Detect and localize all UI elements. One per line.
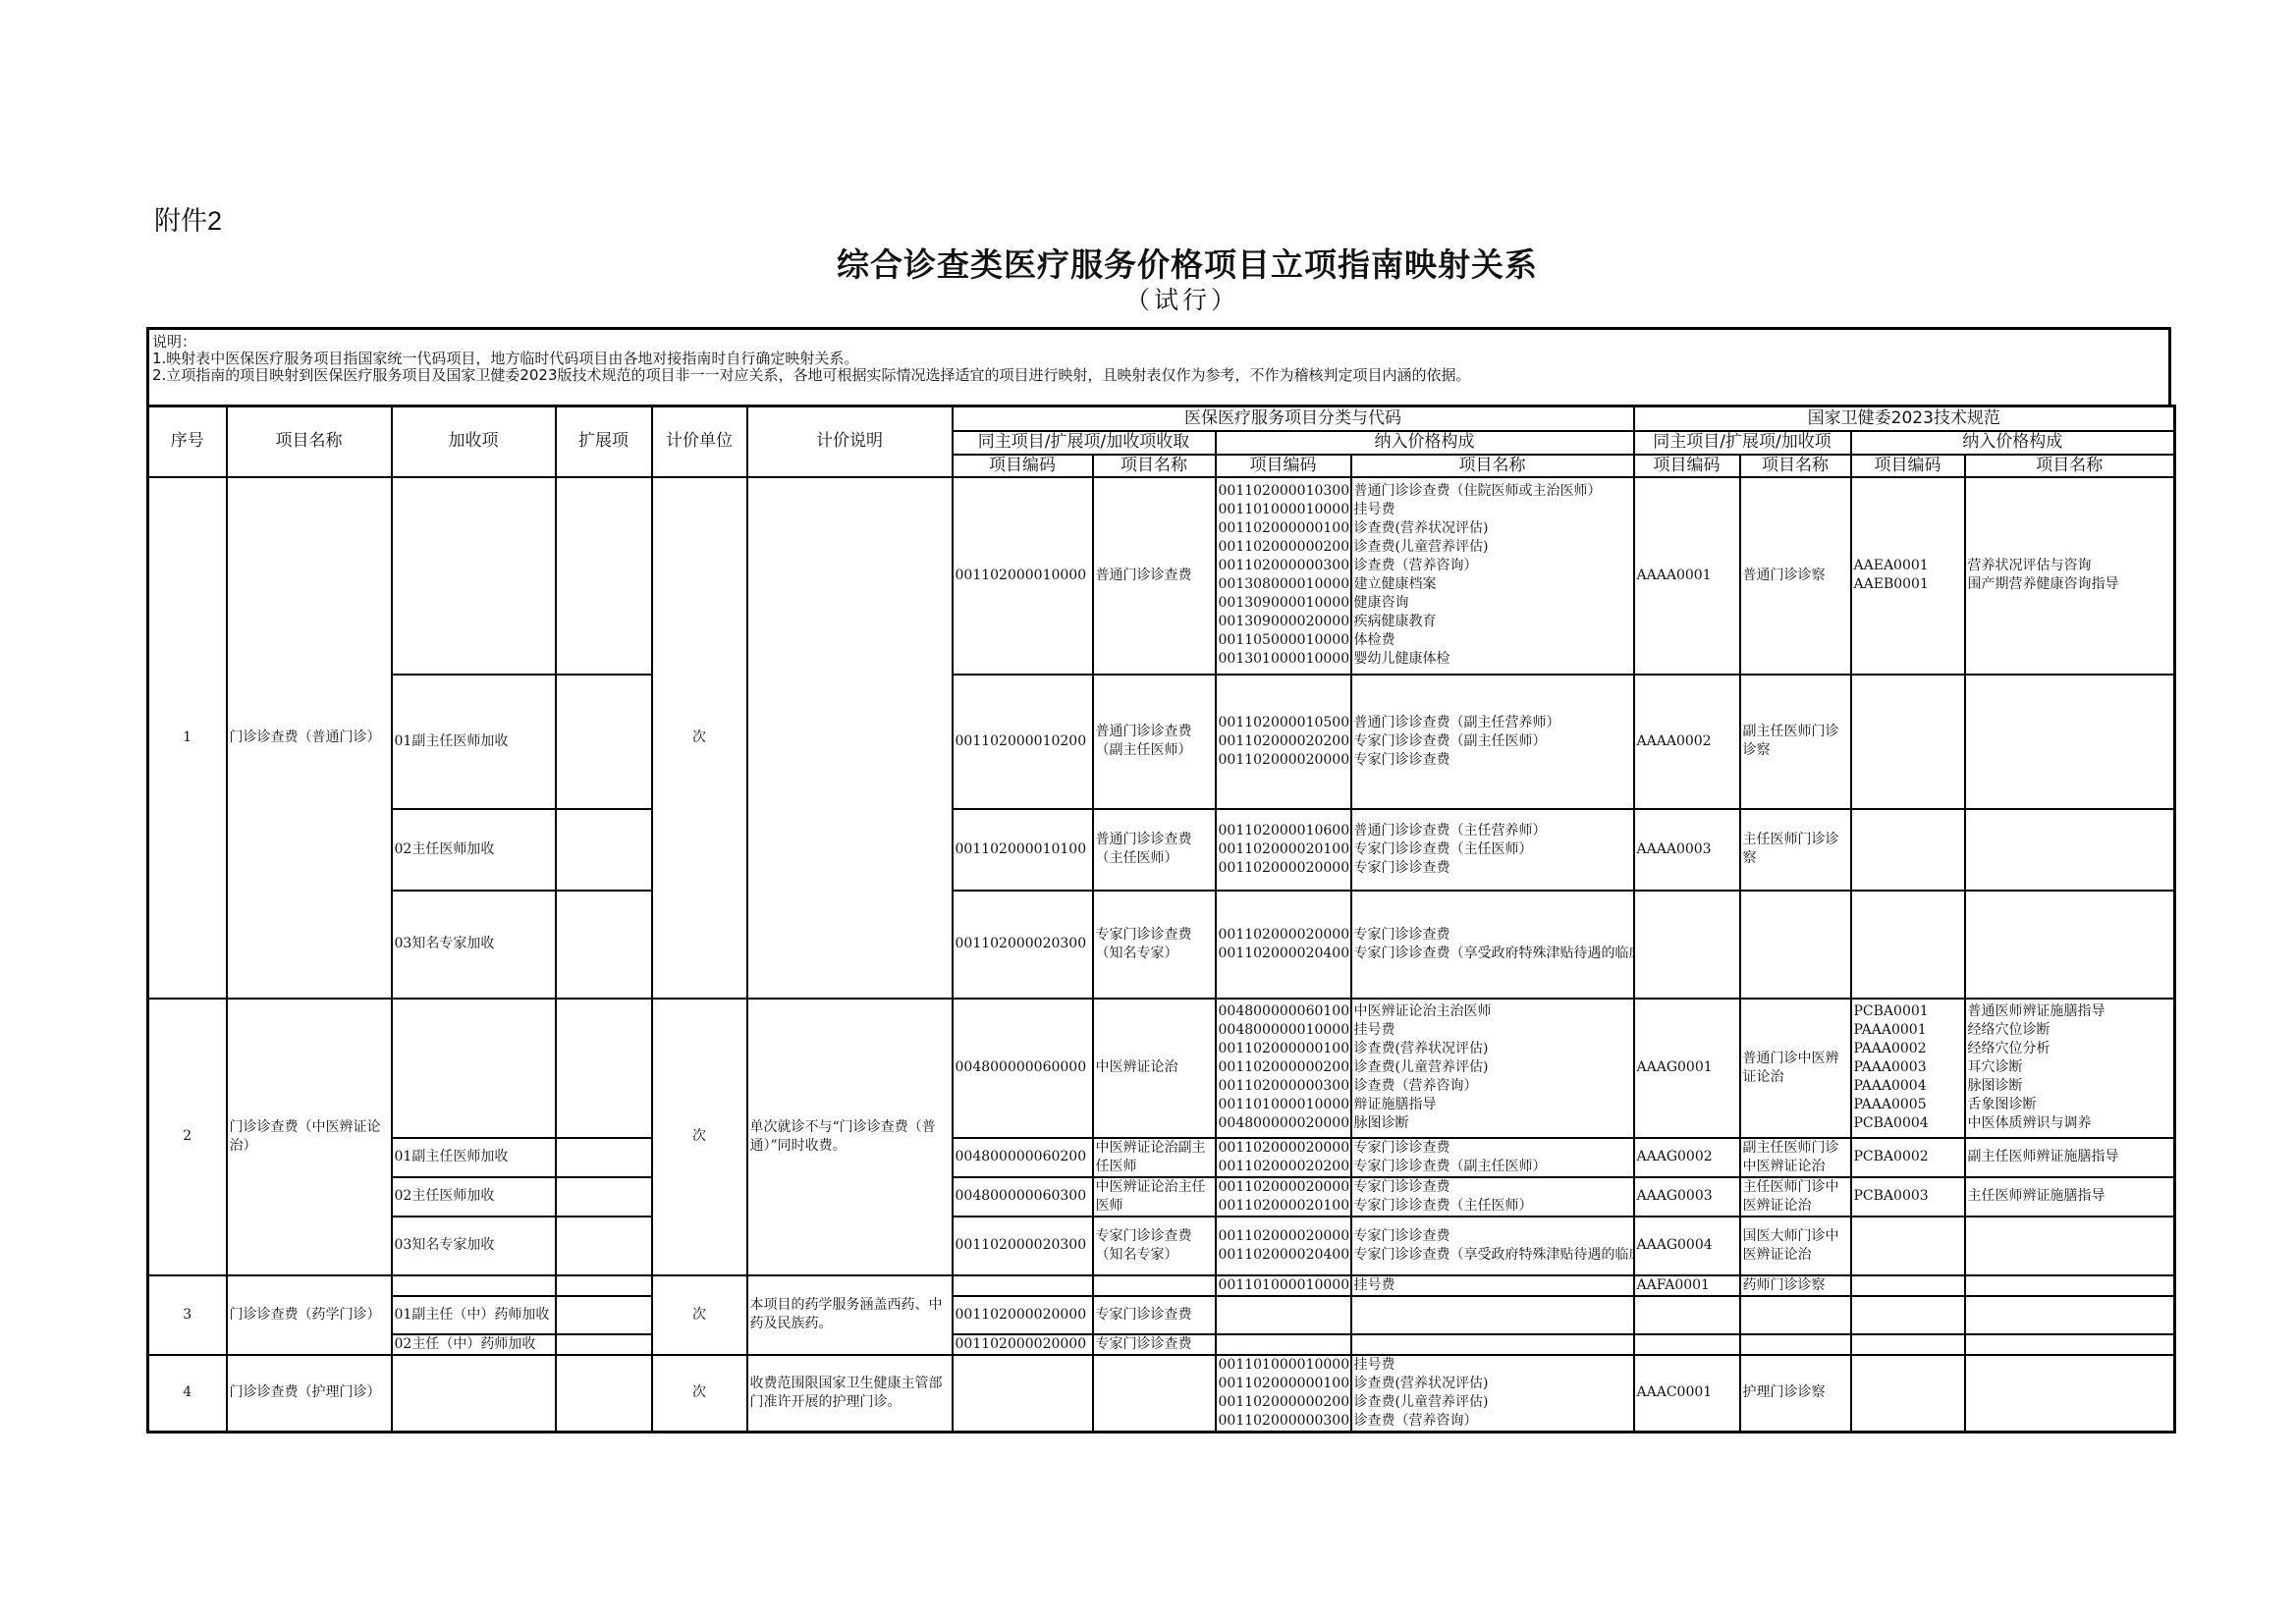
mi-included-names-cell: 专家门诊诊查费专家门诊诊查费（享受政府特殊津贴待遇的临床医学专家） — [1351, 891, 1634, 999]
table-row: 02主任医师加收004800000060300中医辨证论治主任医师0011020… — [148, 1177, 2175, 1217]
mi-included-names-cell: 中医辨证论治主治医师挂号费诊查费(营养状况评估)诊查费(儿童营养评估)诊查费（营… — [1351, 999, 1634, 1138]
header-mi-included-code: 项目编码 — [1216, 455, 1351, 477]
item-name-cell: 门诊诊查费（普通门诊） — [227, 477, 392, 999]
mi-name-cell: 普通门诊诊查费（主任医师） — [1093, 809, 1216, 891]
nhc-code-cell: AAFA0001 — [1634, 1275, 1740, 1296]
mi-name-cell: 中医辨证论治 — [1093, 999, 1216, 1138]
mi-name-cell: 专家门诊诊查费 — [1093, 1296, 1216, 1334]
mi-included-names-cell: 专家门诊诊查费专家门诊诊查费（副主任医师） — [1351, 1138, 1634, 1177]
pricing-note-cell: 本项目的药学服务涵盖西药、中药及民族药。 — [747, 1275, 953, 1355]
table-row: 03知名专家加收001102000020300专家门诊诊查费（知名专家）0011… — [148, 891, 2175, 999]
nhc-included-names-cell: 营养状况评估与咨询围产期营养健康咨询指导 — [1965, 477, 2175, 675]
mi-included-codes-cell: 0011020000105000011020000202000011020000… — [1216, 675, 1351, 809]
header-nhc-code: 项目编码 — [1634, 455, 1740, 477]
nhc-name-cell: 副主任医师门诊诊察 — [1740, 675, 1851, 809]
surcharge-cell — [392, 1275, 556, 1296]
extension-cell — [556, 1275, 652, 1296]
mi-name-cell — [1093, 1355, 1216, 1433]
mi-included-names-cell: 普通门诊诊查费（主任营养师）专家门诊诊查费（主任医师）专家门诊诊查费 — [1351, 809, 1634, 891]
mi-included-names-cell — [1351, 1334, 1634, 1355]
item-name-cell: 门诊诊查费（护理门诊） — [227, 1355, 392, 1433]
nhc-code-cell: AAAG0004 — [1634, 1217, 1740, 1275]
header-nhc-included-code: 项目编码 — [1851, 455, 1965, 477]
mi-included-codes-cell — [1216, 1296, 1351, 1334]
mi-code-cell: 001102000010000 — [953, 477, 1093, 675]
nhc-included-names-cell — [1965, 1355, 2175, 1433]
table-row: 02主任医师加收001102000010100普通门诊诊查费（主任医师）0011… — [148, 809, 2175, 891]
surcharge-cell — [392, 999, 556, 1138]
mi-included-names-cell: 专家门诊诊查费专家门诊诊查费（主任医师） — [1351, 1177, 1634, 1217]
mi-included-codes-cell: 001102000020000001102000020400 — [1216, 891, 1351, 999]
mi-name-cell: 普通门诊诊查费（副主任医师） — [1093, 675, 1216, 809]
nhc-name-cell: 主任医师门诊诊察 — [1740, 809, 1851, 891]
table-row: 1门诊诊查费（普通门诊）次001102000010000普通门诊诊查费00110… — [148, 477, 2175, 675]
header-mi-code: 项目编码 — [953, 455, 1093, 477]
surcharge-cell: 02主任（中）药师加收 — [392, 1334, 556, 1355]
extension-cell — [556, 675, 652, 809]
header-mi-name: 项目名称 — [1093, 455, 1216, 477]
nhc-name-cell: 药师门诊诊察 — [1740, 1275, 1851, 1296]
mi-code-cell — [953, 1355, 1093, 1433]
item-name-cell: 门诊诊查费（药学门诊） — [227, 1275, 392, 1355]
surcharge-cell — [392, 477, 556, 675]
unit-cell: 次 — [652, 1275, 747, 1355]
header-pricing-note: 计价说明 — [747, 406, 953, 477]
mi-included-names-cell: 挂号费 — [1351, 1275, 1634, 1296]
header-nhc-included-name: 项目名称 — [1965, 455, 2175, 477]
table-row: 03知名专家加收001102000020300专家门诊诊查费（知名专家）0011… — [148, 1217, 2175, 1275]
nhc-included-codes-cell — [1851, 891, 1965, 999]
header-medical-insurance-group: 医保医疗服务项目分类与代码 — [953, 406, 1634, 431]
header-surcharge: 加收项 — [392, 406, 556, 477]
mi-code-cell: 001102000010200 — [953, 675, 1093, 809]
mi-included-codes-cell: 0048000000601000048000000100000011020000… — [1216, 999, 1351, 1138]
extension-cell — [556, 891, 652, 999]
pricing-note-cell: 收费范围限国家卫生健康主管部门准许开展的护理门诊。 — [747, 1355, 953, 1433]
mi-code-cell: 001102000020300 — [953, 1217, 1093, 1275]
nhc-code-cell: AAAG0001 — [1634, 999, 1740, 1138]
nhc-included-codes-cell — [1851, 1355, 1965, 1433]
table-header: 序号 项目名称 加收项 扩展项 计价单位 计价说明 医保医疗服务项目分类与代码 … — [148, 406, 2175, 477]
table-body: 1门诊诊查费（普通门诊）次001102000010000普通门诊诊查费00110… — [148, 477, 2175, 1433]
mi-included-names-cell: 普通门诊诊查费（住院医师或主治医师）挂号费诊查费(营养状况评估)诊查费(儿童营养… — [1351, 477, 1634, 675]
pricing-note-cell — [747, 477, 953, 999]
mi-included-codes-cell: 001102000020000001102000020400 — [1216, 1217, 1351, 1275]
nhc-name-cell: 护理门诊诊察 — [1740, 1355, 1851, 1433]
surcharge-cell: 01副主任医师加收 — [392, 1138, 556, 1177]
nhc-included-names-cell — [1965, 1275, 2175, 1296]
nhc-name-cell: 国医大师门诊中医辨证论治 — [1740, 1217, 1851, 1275]
note-line-1: 1.映射表中医保医疗服务项目指国家统一代码项目，地方临时代码项目由各地对接指南时… — [152, 351, 2166, 367]
table-row: 02主任（中）药师加收001102000020000专家门诊诊查费 — [148, 1334, 2175, 1355]
pricing-note-cell: 单次就诊不与“门诊诊查费（普通）”同时收费。 — [747, 999, 953, 1275]
surcharge-cell: 02主任医师加收 — [392, 1177, 556, 1217]
notes-box: 说明： 1.映射表中医保医疗服务项目指国家统一代码项目，地方临时代码项目由各地对… — [146, 327, 2171, 405]
extension-cell — [556, 1177, 652, 1217]
header-nhc-group: 国家卫健委2023技术规范 — [1634, 406, 2175, 431]
mi-name-cell: 专家门诊诊查费 — [1093, 1334, 1216, 1355]
notes-heading: 说明： — [152, 334, 2166, 351]
nhc-included-codes-cell — [1851, 675, 1965, 809]
surcharge-cell: 03知名专家加收 — [392, 891, 556, 999]
header-nhc-same-main: 同主项目/扩展项/加收项 — [1634, 431, 1851, 455]
mapping-table: 序号 项目名称 加收项 扩展项 计价单位 计价说明 医保医疗服务项目分类与代码 … — [146, 405, 2176, 1434]
mi-code-cell: 004800000060000 — [953, 999, 1093, 1138]
nhc-included-codes-cell: AAEA0001AAEB0001 — [1851, 477, 1965, 675]
extension-cell — [556, 999, 652, 1138]
nhc-code-cell: AAAA0001 — [1634, 477, 1740, 675]
nhc-included-names-cell — [1965, 1334, 2175, 1355]
unit-cell: 次 — [652, 1355, 747, 1433]
mi-code-cell: 001102000010100 — [953, 809, 1093, 891]
nhc-included-names-cell: 主任医师辨证施膳指导 — [1965, 1177, 2175, 1217]
mi-code-cell: 004800000060200 — [953, 1138, 1093, 1177]
header-item-name: 项目名称 — [227, 406, 392, 477]
mi-included-codes-cell — [1216, 1334, 1351, 1355]
nhc-code-cell — [1634, 891, 1740, 999]
table-row: 01副主任医师加收004800000060200中医辨证论治副主任医师00110… — [148, 1138, 2175, 1177]
header-seq: 序号 — [148, 406, 227, 477]
table-row: 3门诊诊查费（药学门诊）次本项目的药学服务涵盖西药、中药及民族药。0011010… — [148, 1275, 2175, 1296]
mi-included-codes-cell: 001102000020000001102000020100 — [1216, 1177, 1351, 1217]
header-mi-included: 纳入价格构成 — [1216, 431, 1634, 455]
header-extension: 扩展项 — [556, 406, 652, 477]
mi-code-cell: 001102000020300 — [953, 891, 1093, 999]
extension-cell — [556, 1138, 652, 1177]
header-nhc-included: 纳入价格构成 — [1851, 431, 2175, 455]
nhc-included-names-cell: 普通医师辨证施膳指导经络穴位诊断经络穴位分析耳穴诊断脉图诊断舌象图诊断中医体质辨… — [1965, 999, 2175, 1138]
nhc-name-cell: 普通门诊中医辨证论治 — [1740, 999, 1851, 1138]
nhc-included-names-cell: 副主任医师辨证施膳指导 — [1965, 1138, 2175, 1177]
mi-included-names-cell — [1351, 1296, 1634, 1334]
nhc-name-cell — [1740, 1296, 1851, 1334]
nhc-name-cell: 主任医师门诊中医辨证论治 — [1740, 1177, 1851, 1217]
table-row: 01副主任医师加收001102000010200普通门诊诊查费（副主任医师）00… — [148, 675, 2175, 809]
nhc-code-cell — [1634, 1334, 1740, 1355]
surcharge-cell: 02主任医师加收 — [392, 809, 556, 891]
nhc-code-cell: AAAC0001 — [1634, 1355, 1740, 1433]
nhc-included-codes-cell — [1851, 1296, 1965, 1334]
nhc-included-names-cell — [1965, 1296, 2175, 1334]
nhc-included-names-cell — [1965, 1217, 2175, 1275]
nhc-included-codes-cell: PCBA0001PAAA0001PAAA0002PAAA0003PAAA0004… — [1851, 999, 1965, 1138]
mi-name-cell: 中医辨证论治副主任医师 — [1093, 1138, 1216, 1177]
nhc-name-cell: 副主任医师门诊中医辨证论治 — [1740, 1138, 1851, 1177]
nhc-included-names-cell — [1965, 809, 2175, 891]
mi-name-cell: 普通门诊诊查费 — [1093, 477, 1216, 675]
header-nhc-name: 项目名称 — [1740, 455, 1851, 477]
document-subtitle: （试行） — [0, 281, 2296, 316]
header-mi-same-main: 同主项目/扩展项/加收项收取 — [953, 431, 1216, 455]
nhc-included-codes-cell — [1851, 1275, 1965, 1296]
nhc-included-codes-cell — [1851, 1334, 1965, 1355]
nhc-code-cell: AAAG0002 — [1634, 1138, 1740, 1177]
surcharge-cell: 03知名专家加收 — [392, 1217, 556, 1275]
mi-included-codes-cell: 001102000020000001102000020200 — [1216, 1138, 1351, 1177]
nhc-included-names-cell — [1965, 675, 2175, 809]
document-title: 综合诊查类医疗服务价格项目立项指南映射关系 — [0, 240, 2296, 286]
unit-cell: 次 — [652, 477, 747, 999]
mi-name-cell: 专家门诊诊查费（知名专家） — [1093, 1217, 1216, 1275]
surcharge-cell: 01副主任（中）药师加收 — [392, 1296, 556, 1334]
extension-cell — [556, 809, 652, 891]
nhc-name-cell — [1740, 891, 1851, 999]
mi-code-cell: 001102000020000 — [953, 1334, 1093, 1355]
mi-included-codes-cell: 001101000010000 — [1216, 1275, 1351, 1296]
note-line-2: 2.立项指南的项目映射到医保医疗服务项目及国家卫健委2023版技术规范的项目非一… — [152, 367, 2166, 384]
unit-cell: 次 — [652, 999, 747, 1275]
table-row: 01副主任（中）药师加收001102000020000专家门诊诊查费 — [148, 1296, 2175, 1334]
nhc-code-cell: AAAA0003 — [1634, 809, 1740, 891]
seq-cell: 1 — [148, 477, 227, 999]
mi-included-names-cell: 普通门诊诊查费（副主任营养师）专家门诊诊查费（副主任医师）专家门诊诊查费 — [1351, 675, 1634, 809]
seq-cell: 4 — [148, 1355, 227, 1433]
mi-name-cell: 中医辨证论治主任医师 — [1093, 1177, 1216, 1217]
nhc-name-cell — [1740, 1334, 1851, 1355]
mi-included-names-cell: 专家门诊诊查费专家门诊诊查费（享受政府特殊津贴待遇的临床医学专家） — [1351, 1217, 1634, 1275]
nhc-included-codes-cell: PCBA0003 — [1851, 1177, 1965, 1217]
surcharge-cell: 01副主任医师加收 — [392, 675, 556, 809]
seq-cell: 2 — [148, 999, 227, 1275]
nhc-code-cell: AAAA0002 — [1634, 675, 1740, 809]
item-name-cell: 门诊诊查费（中医辨证论治） — [227, 999, 392, 1275]
extension-cell — [556, 1334, 652, 1355]
surcharge-cell — [392, 1355, 556, 1433]
seq-cell: 3 — [148, 1275, 227, 1355]
mi-included-codes-cell: 0011020000103000011010000100000011020000… — [1216, 477, 1351, 675]
nhc-code-cell — [1634, 1296, 1740, 1334]
extension-cell — [556, 1355, 652, 1433]
extension-cell — [556, 1217, 652, 1275]
header-mi-included-name: 项目名称 — [1351, 455, 1634, 477]
nhc-included-codes-cell: PCBA0002 — [1851, 1138, 1965, 1177]
nhc-name-cell: 普通门诊诊察 — [1740, 477, 1851, 675]
extension-cell — [556, 1296, 652, 1334]
nhc-included-codes-cell — [1851, 1217, 1965, 1275]
nhc-included-codes-cell — [1851, 809, 1965, 891]
mi-code-cell: 001102000020000 — [953, 1296, 1093, 1334]
header-unit: 计价单位 — [652, 406, 747, 477]
mi-code-cell — [953, 1275, 1093, 1296]
mi-included-codes-cell: 0011020000106000011020000201000011020000… — [1216, 809, 1351, 891]
nhc-code-cell: AAAG0003 — [1634, 1177, 1740, 1217]
nhc-included-names-cell — [1965, 891, 2175, 999]
table-row: 2门诊诊查费（中医辨证论治）次单次就诊不与“门诊诊查费（普通）”同时收费。004… — [148, 999, 2175, 1138]
attachment-label: 附件2 — [154, 199, 222, 238]
extension-cell — [556, 477, 652, 675]
mi-name-cell: 专家门诊诊查费（知名专家） — [1093, 891, 1216, 999]
mi-included-names-cell: 挂号费诊查费(营养状况评估)诊查费(儿童营养评估)诊查费（营养咨询） — [1351, 1355, 1634, 1433]
table-row: 4门诊诊查费（护理门诊）次收费范围限国家卫生健康主管部门准许开展的护理门诊。00… — [148, 1355, 2175, 1433]
mi-included-codes-cell: 0011010000100000011020000001000011020000… — [1216, 1355, 1351, 1433]
mi-name-cell — [1093, 1275, 1216, 1296]
mi-code-cell: 004800000060300 — [953, 1177, 1093, 1217]
